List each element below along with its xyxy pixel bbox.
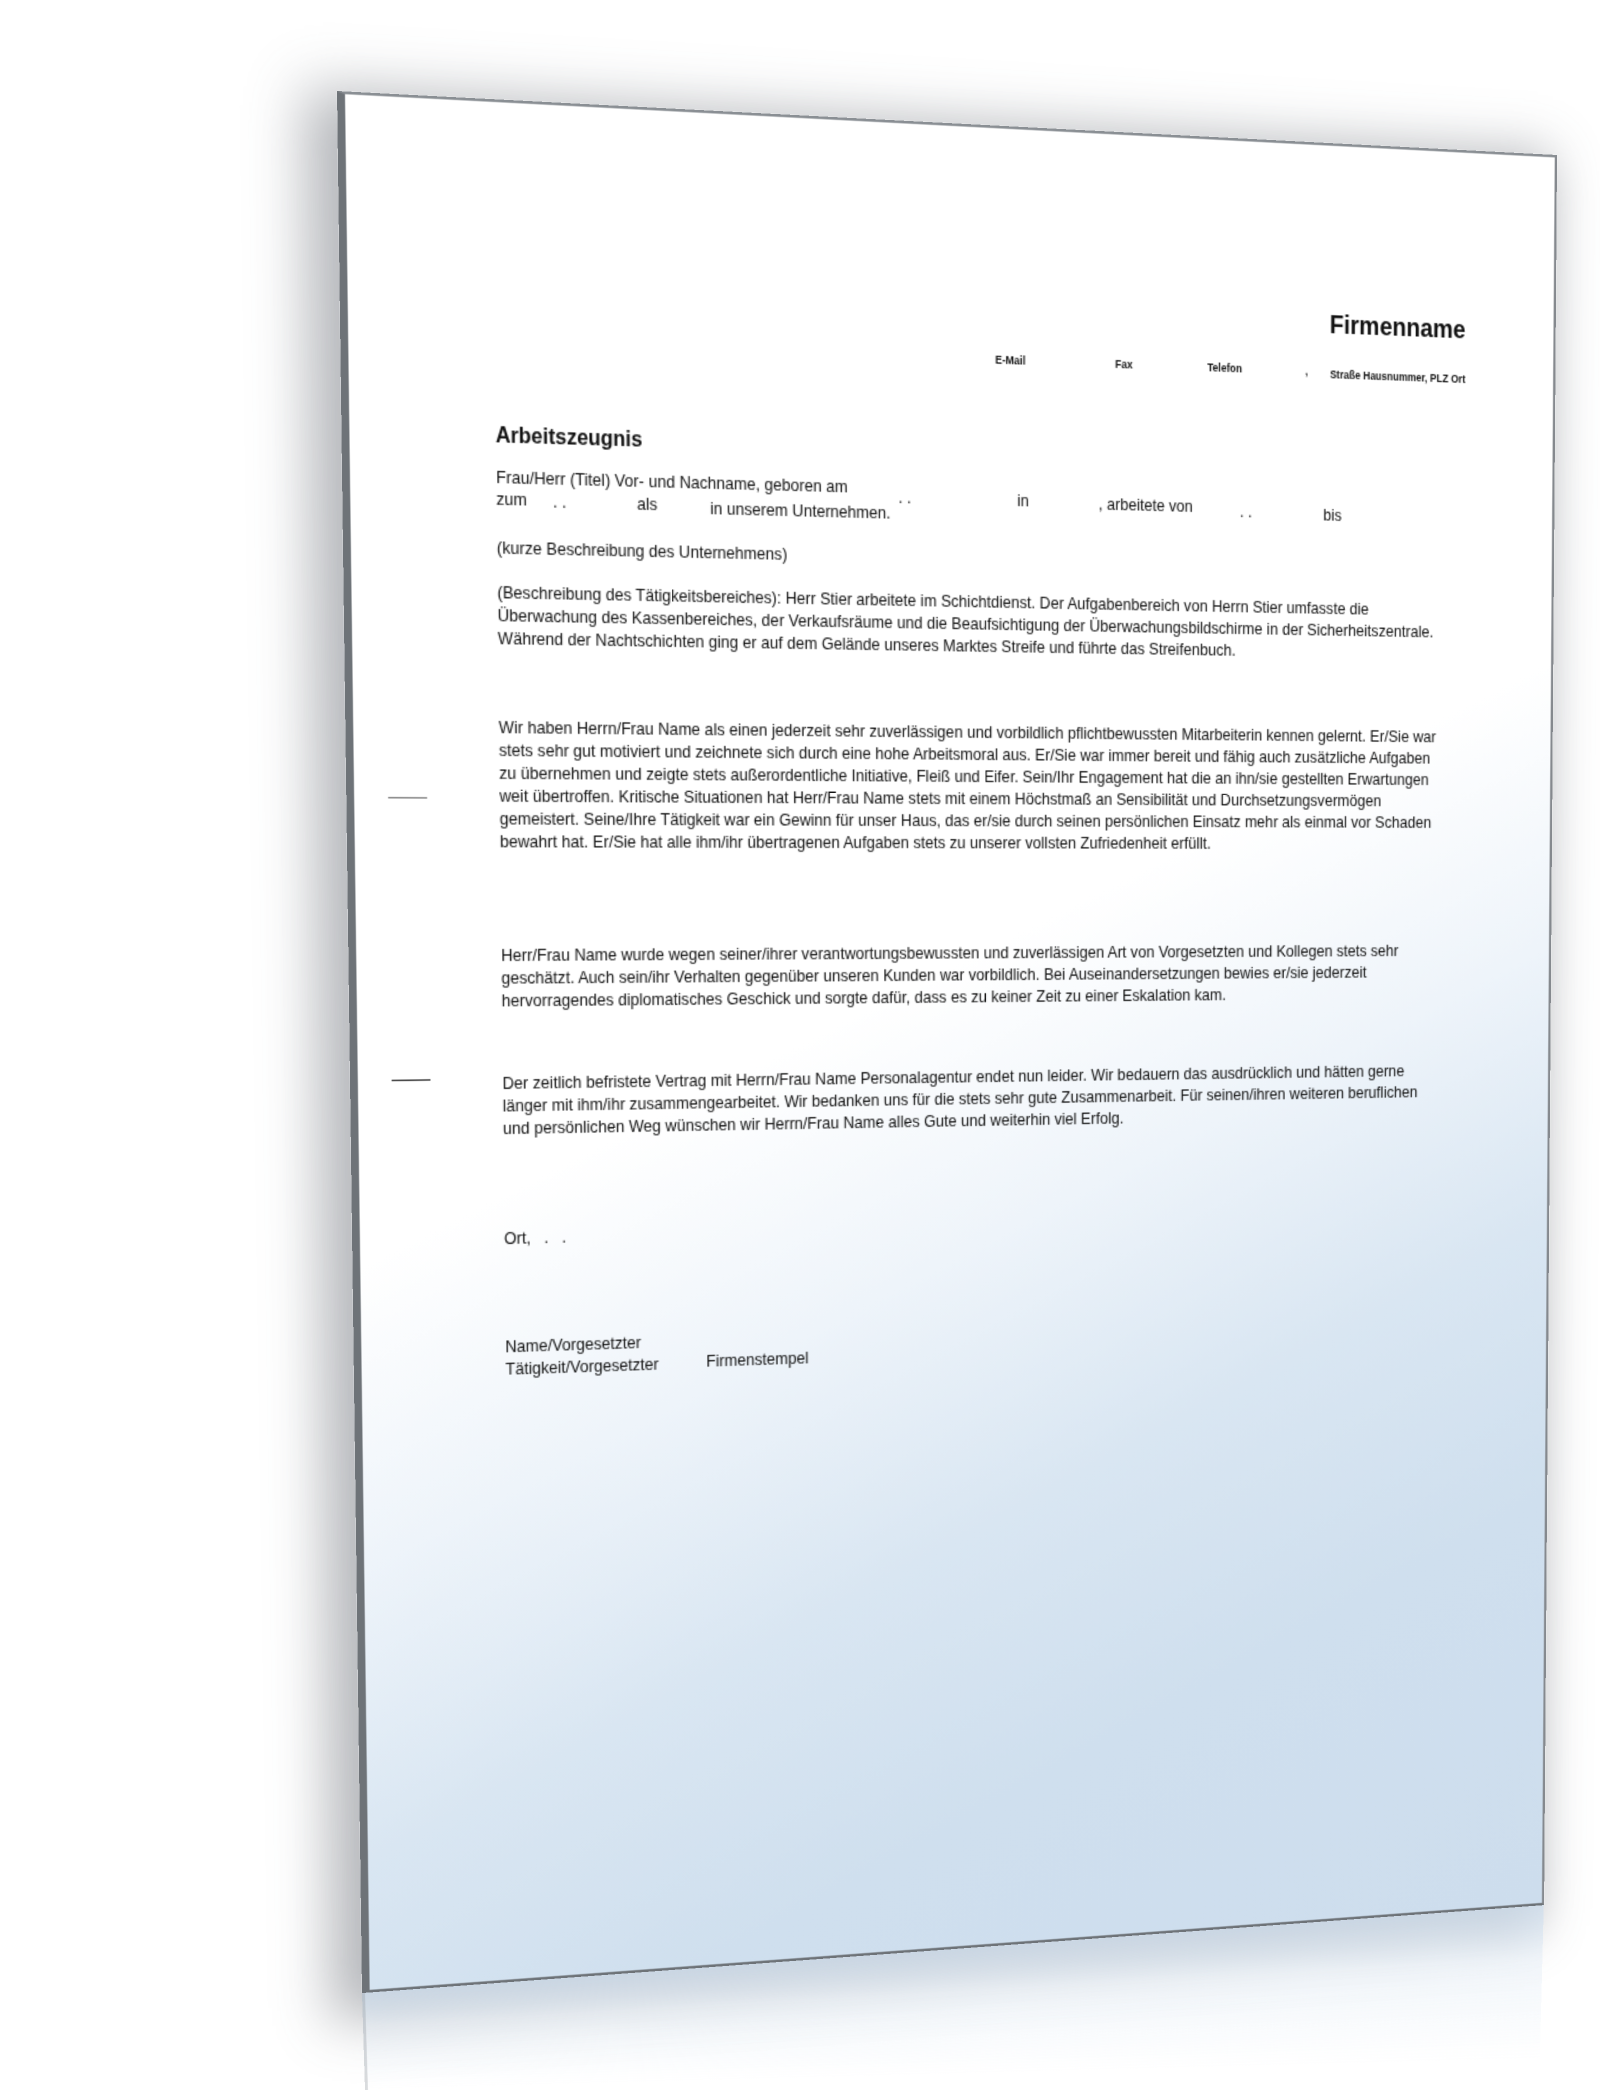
fax-label: Fax (1115, 357, 1132, 371)
signatory-name: Name/Vorgesetzter (505, 1334, 641, 1357)
company-description: (kurze Beschreibung des Unternehmens) (497, 539, 788, 564)
birthplace-label: in (1017, 492, 1029, 511)
email-label: E-Mail (995, 353, 1025, 367)
fold-mark-upper (388, 797, 427, 799)
paragraph-activities: (Beschreibung des Tätigkeitsbereiches): … (497, 582, 1439, 665)
signatory-role: Tätigkeit/Vorgesetzter (505, 1355, 658, 1378)
start-date-placeholder: . . (1240, 503, 1252, 521)
company-stamp-label: Firmenstempel (706, 1349, 808, 1371)
paragraph-performance: Wir haben Herrn/Frau Name als einen jede… (499, 717, 1439, 856)
intro-text: Frau/Herr (Titel) Vor- und Nachname, geb… (496, 468, 848, 496)
paragraph-conduct: Herr/Frau Name wurde wegen seiner/ihrer … (501, 941, 1437, 1013)
end-date-placeholder: . . (553, 493, 567, 512)
phone-label: Telefon (1207, 361, 1242, 375)
until-label: bis (1323, 506, 1342, 524)
intro-text-end: in unserem Unternehmen. (710, 499, 891, 522)
company-address: Straße Hausnummer, PLZ Ort (1330, 368, 1465, 386)
worked-from-label: , arbeitete von (1099, 495, 1193, 516)
place-date: Ort, . . (504, 1228, 566, 1248)
document-title: Arbeitszeugnis (496, 425, 643, 454)
address-separator: , (1305, 364, 1308, 377)
letter-page: Firmenname E-Mail Fax Telefon , Straße H… (337, 91, 1557, 1993)
paragraph-closing: Der zeitlich befristete Vertrag mit Herr… (502, 1061, 1436, 1141)
company-name: Firmenname (1330, 311, 1466, 346)
birth-date-placeholder: . . (898, 488, 911, 507)
fold-mark-lower (392, 1079, 431, 1081)
position-label: als (637, 495, 658, 514)
document-preview: Firmenname E-Mail Fax Telefon , Straße H… (0, 0, 1600, 2100)
until-prefix: zum (496, 490, 527, 510)
